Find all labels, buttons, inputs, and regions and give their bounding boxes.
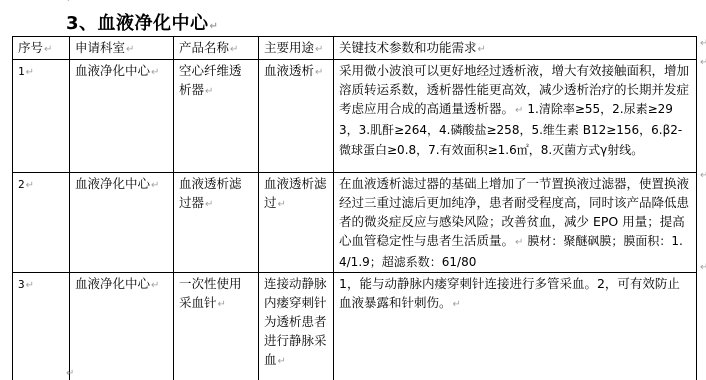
paragraph-mark: ↵ [210, 21, 219, 32]
paragraph-mark: ↵ [66, 368, 74, 379]
cell-no: 2↵ [13, 173, 70, 273]
paragraph-mark: ↵ [66, 0, 74, 5]
header-cell-requirements: 关键技术参数和功能需求↵ [334, 37, 697, 60]
product-requirements-table: 序号↵ 申请科室↵ 产品名称↵ 主要用途↵ 关键技术参数和功能需求↵ 1↵ 血液… [12, 36, 697, 380]
row-end-mark: ↵ [700, 57, 706, 68]
cell-product: 一次性使用采血针↵ [174, 273, 259, 380]
cell-dept: 血液净化中心↵ [70, 273, 174, 380]
cell-dept: 血液净化中心↵ [70, 60, 174, 173]
cell-requirements: 1，能与动静脉内瘘穿刺针连接进行多管采血。2，可有效防止血液暴露和针刺伤。↵ [334, 273, 697, 380]
header-cell-no: 序号↵ [13, 37, 70, 60]
header-cell-product: 产品名称↵ [174, 37, 259, 60]
cell-no: 1↵ [13, 60, 70, 173]
table-row: 1↵ 血液净化中心↵ 空心纤维透析器↵ 血液透析↵ 采用微小波浪可以更好地经过透… [13, 60, 697, 173]
table-row: 3↵ 血液净化中心↵ 一次性使用采血针↵ 连接动静脉内瘘穿刺针为透析患者进行静脉… [13, 273, 697, 380]
table-row: 2↵ 血液净化中心↵ 血液透析滤过器↵ 血液透析滤过↵ 在血液透析滤过器的基础上… [13, 173, 697, 273]
cell-dept: 血液净化中心↵ [70, 173, 174, 273]
row-end-mark: ↵ [700, 170, 706, 181]
row-end-mark: ↵ [700, 262, 706, 273]
cell-use: 血液透析滤过↵ [259, 173, 334, 273]
cell-requirements: 在血液透析滤过器的基础上增加了一节置换液过滤器，使置换液经过三重过滤后更加纯净，… [334, 173, 697, 273]
row-end-mark: ↵ [700, 38, 706, 49]
header-cell-use: 主要用途↵ [259, 37, 334, 60]
cell-use: 血液透析↵ [259, 60, 334, 173]
requirement-description: 1，能与动静脉内瘘穿刺针连接进行多管采血。2，可有效防止血液暴露和针刺伤。 [339, 276, 680, 310]
section-title: 3、血液净化中心↵ [66, 9, 218, 35]
cell-product: 血液透析滤过器↵ [174, 173, 259, 273]
cell-requirements: 采用微小波浪可以更好地经过透析液，增大有效接触面积，增加溶质转运系数，透析器性能… [334, 60, 697, 173]
header-cell-dept: 申请科室↵ [70, 37, 174, 60]
cell-product: 空心纤维透析器↵ [174, 60, 259, 173]
section-title-text: 3、血液净化中心 [66, 13, 209, 34]
cell-no: 3↵ [13, 273, 70, 380]
cell-use: 连接动静脉内瘘穿刺针为透析患者进行静脉采血↵ [259, 273, 334, 380]
table-header-row: 序号↵ 申请科室↵ 产品名称↵ 主要用途↵ 关键技术参数和功能需求↵ [13, 37, 697, 60]
